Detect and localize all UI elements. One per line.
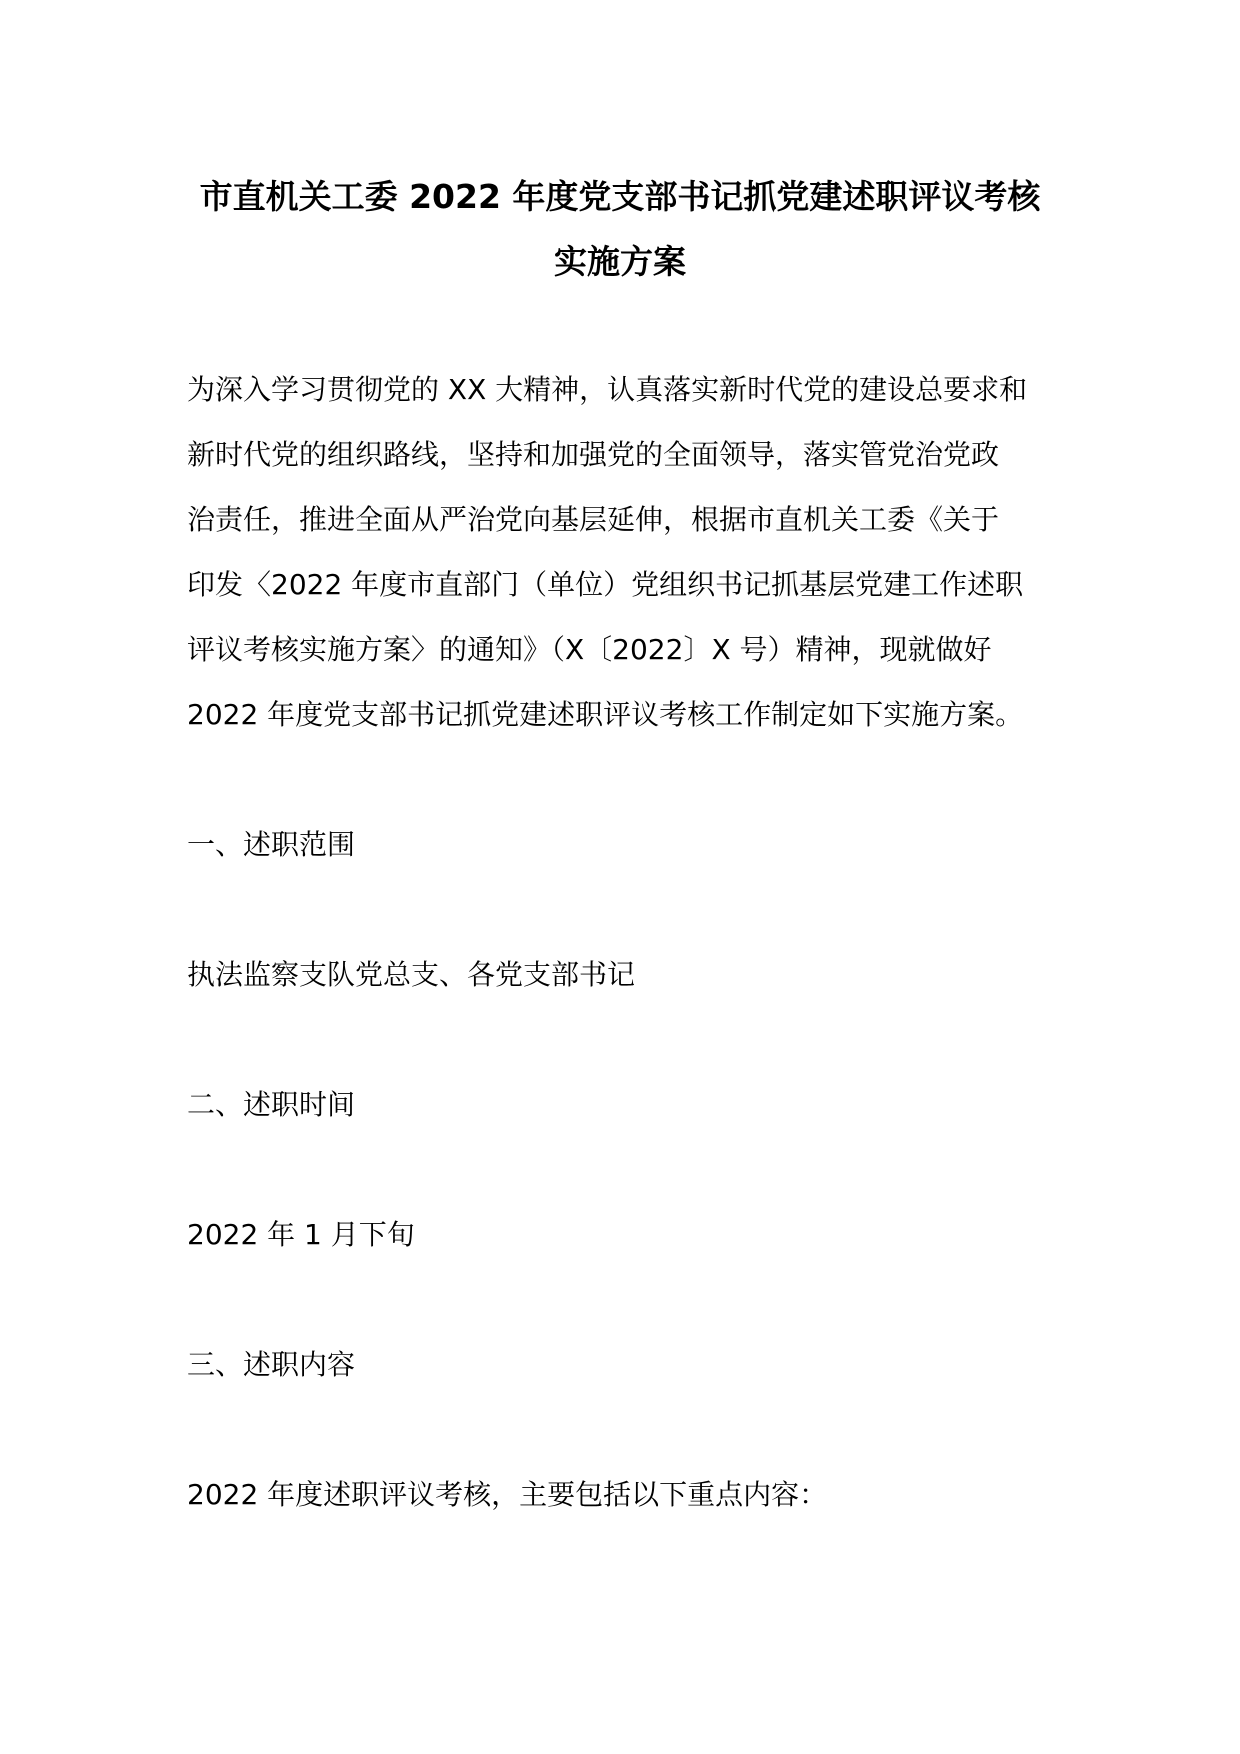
section-body-scope: 执法监察支队党总支、各党支部书记	[187, 961, 635, 989]
paragraph-line: 为深入学习贯彻党的 XX 大精神，认真落实新时代党的建设总要求和	[187, 376, 1027, 404]
paragraph-line: 评议考核实施方案〉的通知》（X〔2022〕X 号）精神，现就做好	[187, 636, 992, 664]
section-heading-content: 三、述职内容	[187, 1351, 355, 1379]
document-title-line-1: 市直机关工委 2022 年度党支部书记抓党建述职评议考核	[0, 180, 1240, 213]
section-heading-time: 二、述职时间	[187, 1091, 355, 1119]
document-title-line-2: 实施方案	[0, 245, 1240, 278]
document-page: 市直机关工委 2022 年度党支部书记抓党建述职评议考核 实施方案 为深入学习贯…	[0, 0, 1240, 1754]
section-heading-scope: 一、述职范围	[187, 831, 355, 859]
section-body-content: 2022 年度述职评议考核，主要包括以下重点内容：	[187, 1481, 827, 1509]
section-body-time: 2022 年 1 月下旬	[187, 1221, 415, 1249]
paragraph-line: 印发〈2022 年度市直部门（单位）党组织书记抓基层党建工作述职	[187, 571, 1023, 599]
paragraph-line: 新时代党的组织路线，坚持和加强党的全面领导，落实管党治党政	[187, 441, 999, 469]
paragraph-line: 治责任，推进全面从严治党向基层延伸，根据市直机关工委《关于	[187, 506, 999, 534]
paragraph-line: 2022 年度党支部书记抓党建述职评议考核工作制定如下实施方案。	[187, 701, 1023, 729]
